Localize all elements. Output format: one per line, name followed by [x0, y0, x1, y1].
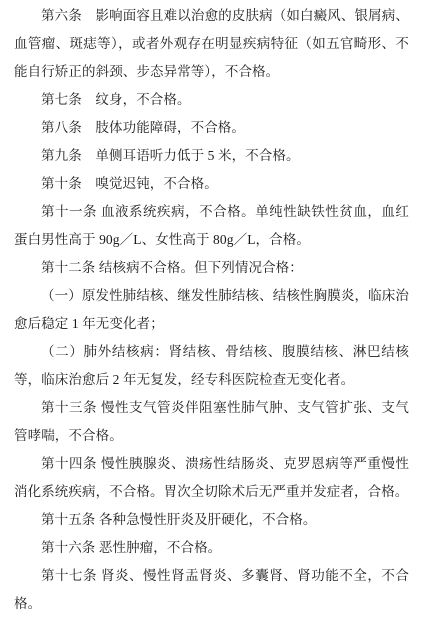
paragraph-article-13: 第十三条 慢性支气管炎伴阻塞性肺气肿、支气管扩张、支气管哮喘，不合格。 [14, 394, 409, 450]
document-page: 第六条 影响面容且难以治愈的皮肤病（如白癜风、银屑病、血管瘤、斑痣等），或者外观… [0, 0, 423, 624]
paragraph-article-10: 第十条 嗅觉迟钝，不合格。 [14, 170, 409, 198]
paragraph-article-14: 第十四条 慢性胰腺炎、溃疡性结肠炎、克罗恩病等严重慢性消化系统疾病，不合格。胃次… [14, 450, 409, 506]
paragraph-article-16: 第十六条 恶性肿瘤，不合格。 [14, 534, 409, 562]
paragraph-article-17: 第十七条 肾炎、慢性肾盂肾炎、多囊肾、肾功能不全，不合格。 [14, 562, 409, 618]
paragraph-article-15: 第十五条 各种急慢性肝炎及肝硬化，不合格。 [14, 506, 409, 534]
paragraph-article-7: 第七条 纹身，不合格。 [14, 86, 409, 114]
paragraph-article-12-item-2: （二）肺外结核病：肾结核、骨结核、腹膜结核、淋巴结核等，临床治愈后 2 年无复发… [14, 338, 409, 394]
paragraph-article-8: 第八条 肢体功能障碍，不合格。 [14, 114, 409, 142]
paragraph-article-12: 第十二条 结核病不合格。但下列情况合格： [14, 254, 409, 282]
paragraph-article-6: 第六条 影响面容且难以治愈的皮肤病（如白癜风、银屑病、血管瘤、斑痣等），或者外观… [14, 2, 409, 86]
paragraph-article-11: 第十一条 血液系统疾病，不合格。单纯性缺铁性贫血，血红蛋白男性高于 90g／L、… [14, 198, 409, 254]
paragraph-article-9: 第九条 单侧耳语听力低于 5 米，不合格。 [14, 142, 409, 170]
paragraph-article-12-item-1: （一）原发性肺结核、继发性肺结核、结核性胸膜炎，临床治愈后稳定 1 年无变化者； [14, 282, 409, 338]
